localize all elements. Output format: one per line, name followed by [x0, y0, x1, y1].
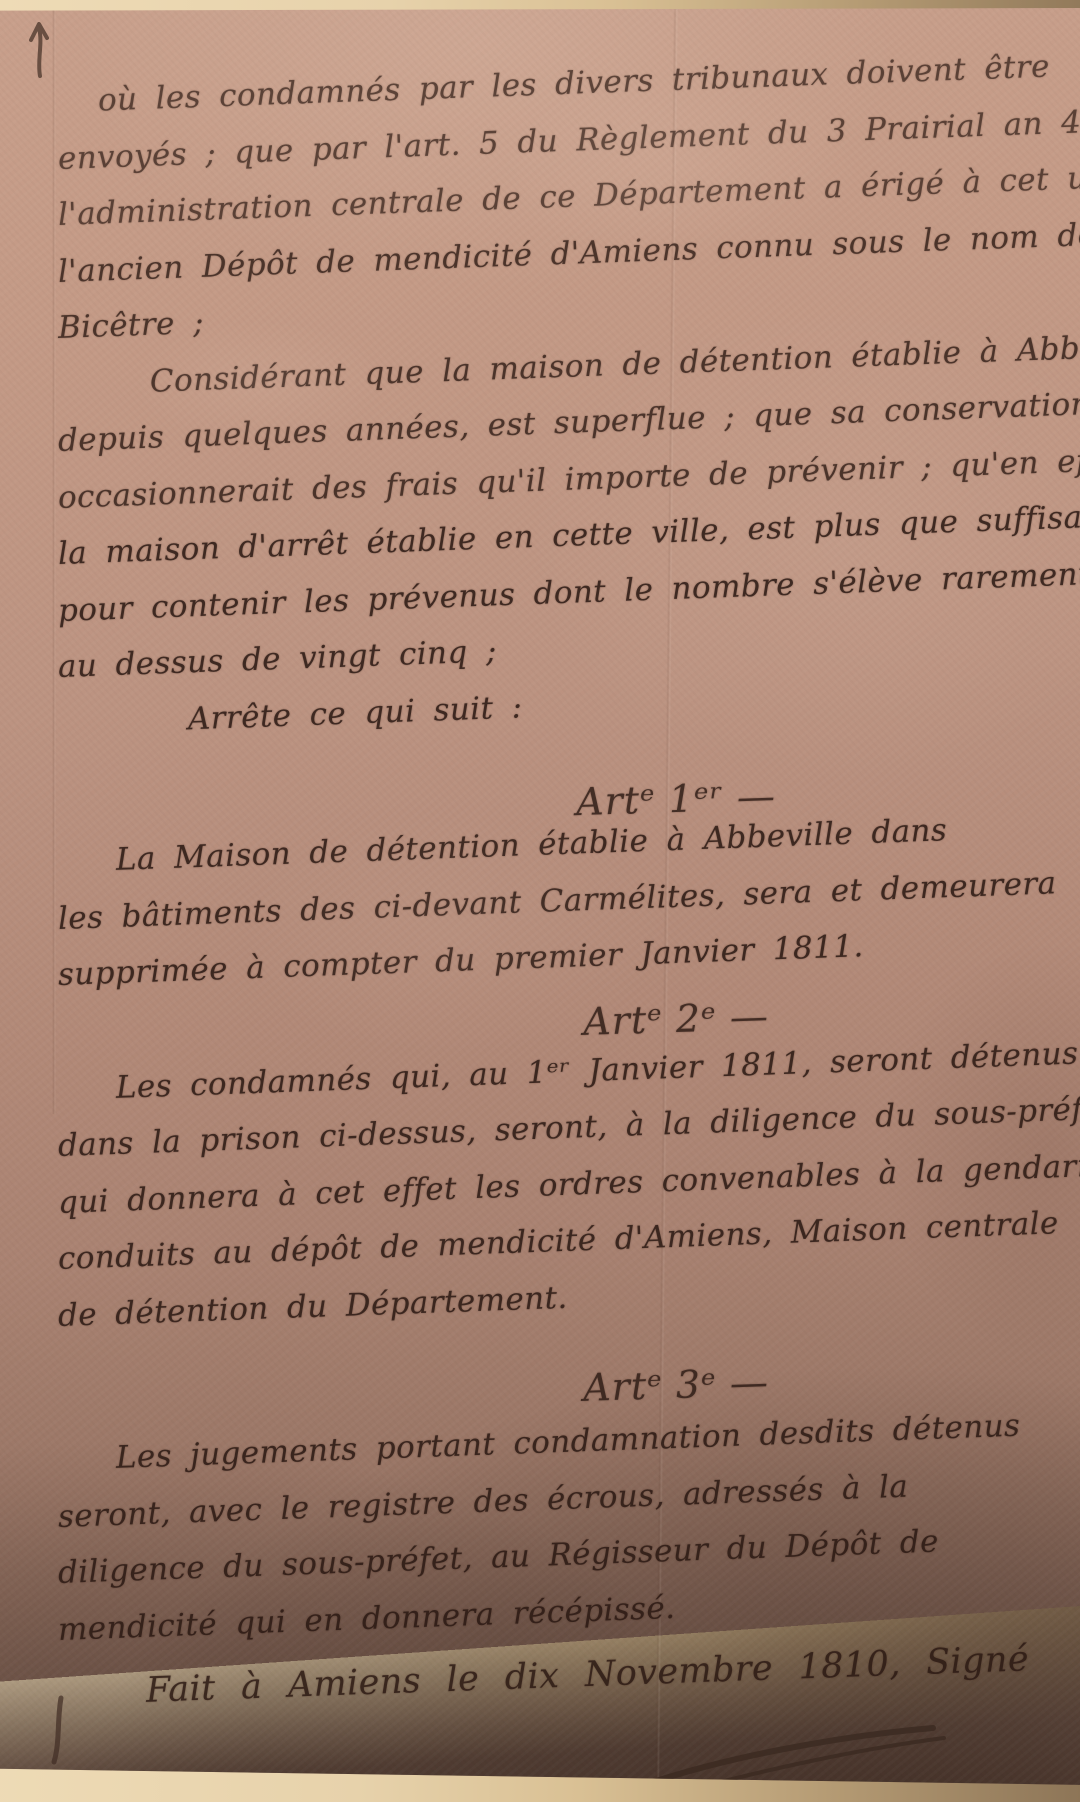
manuscript-text: où les condamnés par les divers tribunau… [58, 74, 1080, 1726]
signature-flourish-icon [608, 1716, 958, 1802]
fold-crease-left [52, 8, 56, 1114]
manuscript-photo: où les condamnés par les divers tribunau… [0, 0, 1080, 1802]
ink-mark-icon [22, 18, 58, 82]
manuscript-page: où les condamnés par les divers tribunau… [0, 8, 1080, 1792]
stray-stroke-icon [48, 1694, 70, 1766]
